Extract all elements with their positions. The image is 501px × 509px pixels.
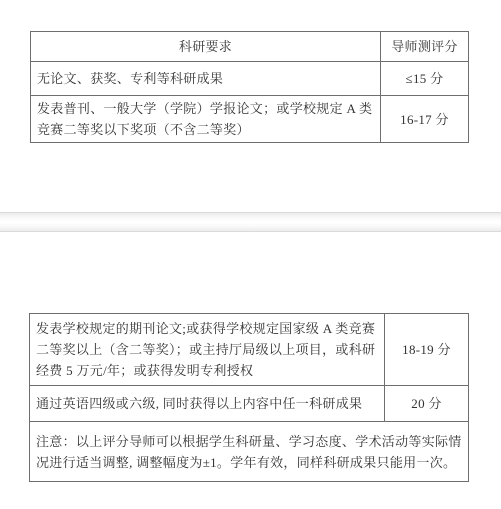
requirement-cell: 无论文、获奖、专利等科研成果 (31, 62, 381, 96)
page-break-separator (0, 212, 501, 232)
column-header-score: 导师测评分 (381, 32, 469, 62)
score-cell: 20 分 (385, 386, 469, 422)
note-cell: 注意：以上评分导师可以根据学生科研量、学习态度、学术活动等实际情况进行适当调整,… (30, 422, 469, 482)
requirement-cell: 通过英语四级或六级, 同时获得以上内容中任一科研成果 (30, 386, 385, 422)
column-header-requirement: 科研要求 (31, 32, 381, 62)
score-cell: 18-19 分 (385, 314, 469, 386)
score-cell: 16-17 分 (381, 96, 469, 143)
table-note-row: 注意：以上评分导师可以根据学生科研量、学习态度、学术活动等实际情况进行适当调整,… (30, 422, 469, 482)
score-cell: ≤15 分 (381, 62, 469, 96)
requirement-cell: 发表普刊、一般大学（学院）学报论文；或学校规定 A 类竞赛二等奖以下奖项（不含二… (31, 96, 381, 143)
table-row: 发表学校规定的期刊论文;或获得学校规定国家级 A 类竞赛二等奖以上（含二等奖）；… (30, 314, 469, 386)
table-row: 无论文、获奖、专利等科研成果 ≤15 分 (31, 62, 469, 96)
requirement-cell: 发表学校规定的期刊论文;或获得学校规定国家级 A 类竞赛二等奖以上（含二等奖）；… (30, 314, 385, 386)
document-page: 科研要求 导师测评分 无论文、获奖、专利等科研成果 ≤15 分 发表普刊、一般大… (0, 0, 501, 509)
research-score-table-page2: 发表学校规定的期刊论文;或获得学校规定国家级 A 类竞赛二等奖以上（含二等奖）；… (29, 313, 469, 482)
research-score-table-page1: 科研要求 导师测评分 无论文、获奖、专利等科研成果 ≤15 分 发表普刊、一般大… (30, 31, 469, 143)
table-row: 发表普刊、一般大学（学院）学报论文；或学校规定 A 类竞赛二等奖以下奖项（不含二… (31, 96, 469, 143)
table-row: 通过英语四级或六级, 同时获得以上内容中任一科研成果 20 分 (30, 386, 469, 422)
table-header-row: 科研要求 导师测评分 (31, 32, 469, 62)
